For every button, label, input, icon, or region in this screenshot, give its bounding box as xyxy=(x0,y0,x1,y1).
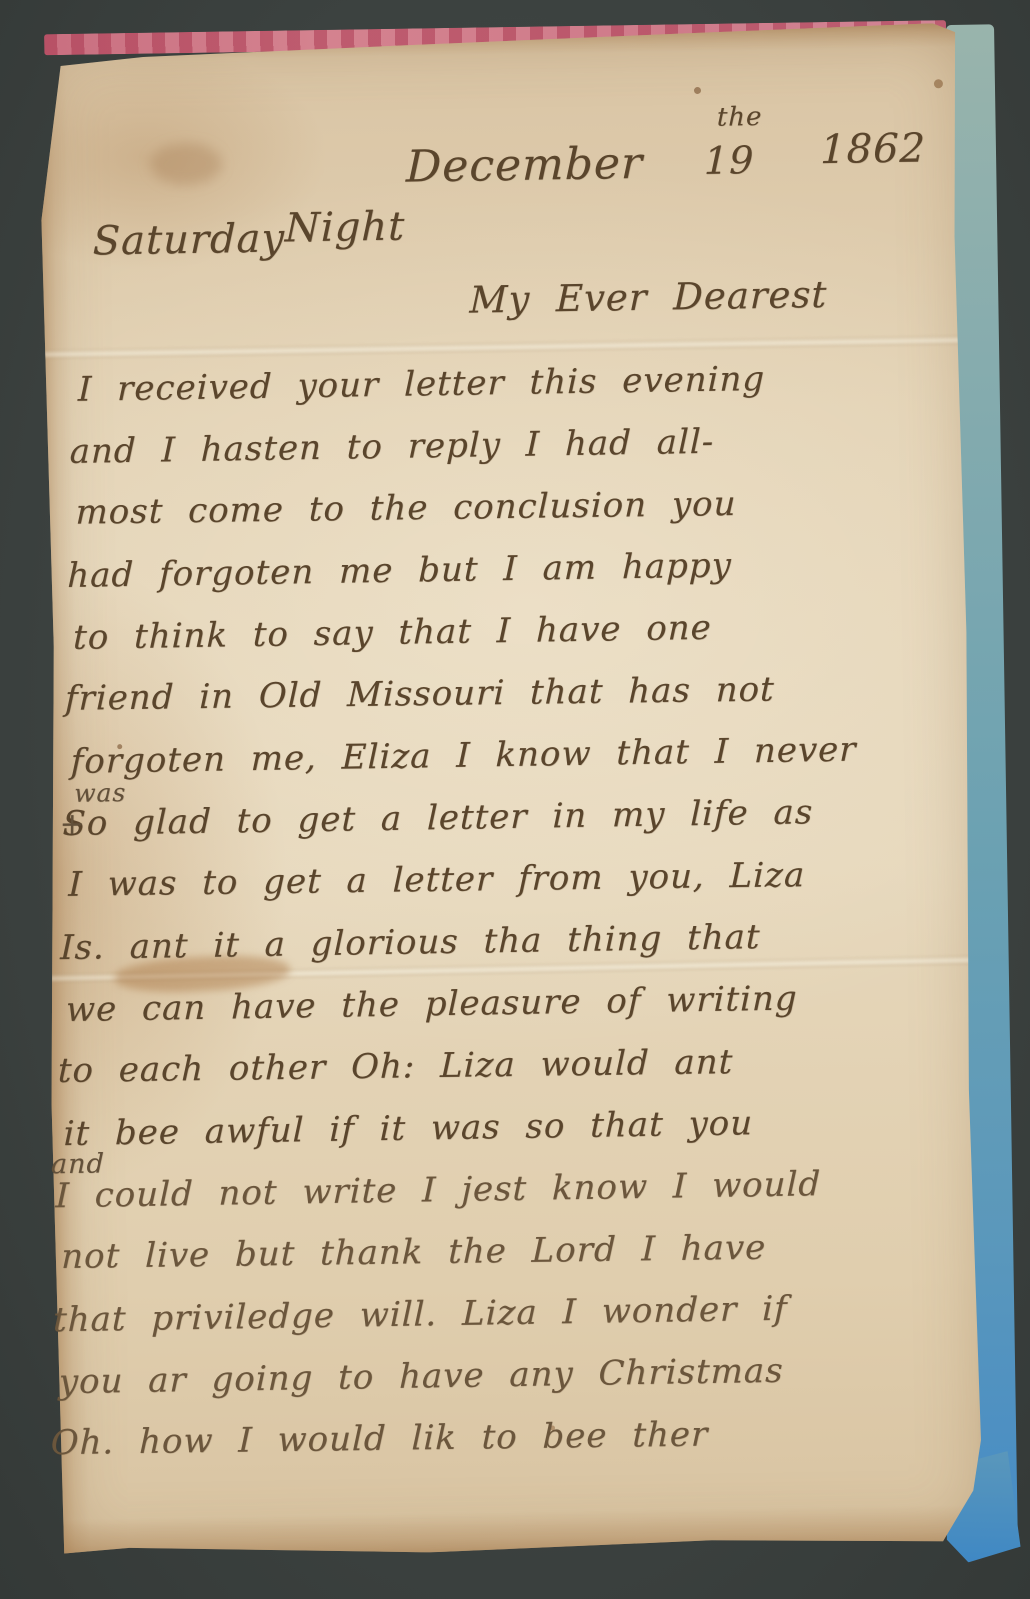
letter-sheets: December the 19 1862 Saturday Night My E… xyxy=(30,23,994,1562)
interline-insertion-was: was xyxy=(74,778,127,808)
date-ordinal: the xyxy=(717,102,763,133)
letter-line: I was to get a letter from you, Liza xyxy=(68,842,964,916)
date-day: 19 xyxy=(704,138,755,183)
date-year: 1862 xyxy=(820,125,927,173)
letter-line: most come to the conclusion you xyxy=(75,470,971,544)
letter-body: I received your letter this evening and … xyxy=(57,345,973,1476)
time-of-day: Night xyxy=(284,204,405,252)
interline-insertion-and: and xyxy=(51,1148,105,1180)
photo-of-handwritten-letter: December the 19 1862 Saturday Night My E… xyxy=(0,0,1030,1599)
letter-line: not live but thank the Lord I have xyxy=(61,1214,957,1288)
letter-line: Oh. how I would lik to bee ther xyxy=(50,1400,953,1474)
handwriting-layer: December the 19 1862 Saturday Night My E… xyxy=(27,22,996,1561)
day-of-week: Saturday xyxy=(92,215,285,264)
date-month: December xyxy=(406,138,644,193)
salutation: My Ever Dearest xyxy=(469,273,828,322)
letter-line: friend in Old Missouri that has not xyxy=(64,656,967,730)
insertion-caret-mark: + xyxy=(59,807,86,842)
letter-line: to each other Oh: Liza would ant xyxy=(57,1028,960,1102)
